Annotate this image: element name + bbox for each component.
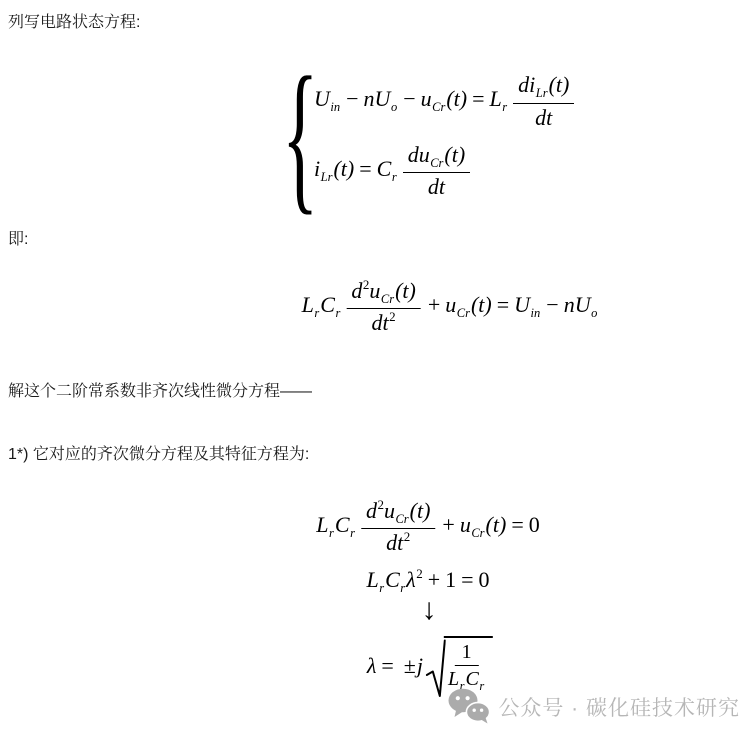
math-subscript: Cr (471, 526, 484, 540)
equation-state-1: Uin−nUo−uCr(t)=LrdiLr(t)dt (314, 72, 576, 130)
math-superscript: 2 (404, 529, 411, 544)
math-subscript: Cr (430, 156, 443, 170)
math-subscript: Cr (432, 100, 445, 114)
radicand: 1LrCr (444, 636, 493, 694)
math-subscript: r (350, 526, 355, 540)
equation-system-state: { Uin−nUo−uCr(t)=LrdiLr(t)dt iLr(t)=Crdu… (282, 66, 576, 206)
math-subscript: Lr (321, 170, 333, 184)
math-token: d (366, 498, 377, 523)
math-token: u (421, 86, 432, 111)
math-token: (t) (486, 512, 507, 537)
math-subscript: r (314, 306, 319, 320)
math-superscript: 2 (389, 309, 396, 324)
paragraph-that-is: 即: (8, 226, 28, 249)
math-number: 1 (462, 641, 472, 663)
math-token: C (377, 156, 392, 181)
watermark-label: 公众号 · 碳化硅技术研究 (498, 692, 740, 722)
paragraph-state-equations: 列写电路状态方程: (8, 9, 140, 32)
fraction: duCr(t)dt (403, 142, 470, 200)
fraction-denominator: dt (535, 104, 552, 130)
equation-second-order-ode: LrCrd2uCr(t)dt2+uCr(t)=Uin−nUo (302, 278, 599, 336)
math-operator: + (428, 292, 440, 317)
math-subscript: r (329, 526, 334, 540)
math-subscript: Cr (381, 292, 394, 306)
math-subscript: o (391, 100, 397, 114)
math-token: C (465, 668, 478, 690)
math-token: (t) (444, 142, 465, 167)
math-operator: + (442, 512, 454, 537)
math-operator: = (472, 86, 484, 111)
math-token: nU (564, 292, 591, 317)
math-token: (t) (549, 72, 570, 97)
math-operator: − (403, 86, 415, 111)
math-token: L (448, 668, 459, 690)
math-token: U (514, 292, 530, 317)
math-token: u (384, 498, 395, 523)
math-operator: = (461, 567, 473, 592)
math-token: j (417, 653, 423, 678)
math-token: (t) (395, 278, 416, 303)
math-token: C (385, 567, 400, 592)
math-subscript: r (392, 170, 397, 184)
math-number: 1 (445, 567, 456, 592)
math-token: C (335, 512, 350, 537)
paragraph-solve-ode: 解这个二阶常系数非齐次线性微分方程—— (8, 378, 312, 401)
math-subscript: in (330, 100, 340, 114)
sqrt-numerator: 1 (455, 641, 479, 666)
math-operator: = (497, 292, 509, 317)
equation-state-2: iLr(t)=CrduCr(t)dt (314, 142, 472, 200)
fraction: d2uCr(t)dt2 (346, 278, 420, 336)
equation-characteristic: LrCrλ2+1=0 (366, 566, 489, 596)
math-operator: = (511, 512, 523, 537)
watermark: 公众号 · 碳化硅技术研究 (447, 688, 740, 725)
math-token: L (302, 292, 314, 317)
math-subscript: Cr (395, 512, 408, 526)
math-subscript: Lr (536, 86, 548, 100)
math-number: 0 (479, 567, 490, 592)
math-operator: + (428, 567, 440, 592)
equation-homogeneous-ode: LrCrd2uCr(t)dt2+uCr(t)=0 (316, 498, 539, 556)
math-operator: − (346, 86, 358, 111)
math-operator: ± (404, 653, 416, 678)
equation-system-column: Uin−nUo−uCr(t)=LrdiLr(t)dt iLr(t)=CrduCr… (314, 72, 576, 199)
paragraph-step-1: 1*) 它对应的齐次微分方程及其特征方程为: (8, 441, 309, 464)
math-token: (t) (333, 156, 354, 181)
arrow-glyph: ↓ (422, 593, 437, 626)
radical-sign-icon (426, 638, 446, 700)
left-brace: { (282, 66, 296, 206)
down-arrow-icon: ↓ (422, 595, 437, 625)
math-token: dt (386, 530, 403, 555)
math-subscript: r (502, 100, 507, 114)
math-token: u (460, 512, 471, 537)
math-token: dt (372, 310, 389, 335)
math-subscript: r (400, 581, 405, 595)
math-token: (t) (410, 498, 431, 523)
math-operator: − (546, 292, 558, 317)
math-token: C (320, 292, 335, 317)
math-token: dt (428, 174, 445, 199)
math-token: dt (535, 105, 552, 130)
fraction-numerator: d2uCr(t) (346, 278, 420, 309)
math-token: L (316, 512, 328, 537)
math-token: u (369, 278, 380, 303)
math-token: di (518, 72, 535, 97)
fraction-numerator: d2uCr(t) (361, 498, 435, 529)
fraction: diLr(t)dt (513, 72, 574, 130)
fraction-denominator: dt2 (372, 309, 396, 335)
math-subscript: r (379, 581, 384, 595)
math-token: L (366, 567, 378, 592)
math-token: (t) (446, 86, 467, 111)
math-token: nU (364, 86, 391, 111)
math-token: λ (367, 653, 377, 678)
math-token: d (351, 278, 362, 303)
math-token: du (408, 142, 430, 167)
fraction-numerator: diLr(t) (513, 72, 574, 103)
fraction-denominator: dt (428, 173, 445, 199)
math-operator: = (359, 156, 371, 181)
math-subscript: o (591, 306, 597, 320)
math-token: λ (406, 567, 416, 592)
math-subscript: Cr (457, 306, 470, 320)
fraction-numerator: duCr(t) (403, 142, 470, 173)
math-subscript: in (531, 306, 541, 320)
math-subscript: r (335, 306, 340, 320)
wechat-icon (447, 688, 491, 725)
math-number: 0 (529, 512, 540, 537)
math-token: u (445, 292, 456, 317)
math-superscript: 2 (416, 566, 423, 581)
math-operator: = (381, 653, 393, 678)
math-token: L (490, 86, 502, 111)
fraction-denominator: dt2 (386, 529, 410, 555)
fraction: d2uCr(t)dt2 (361, 498, 435, 556)
math-token: (t) (471, 292, 492, 317)
